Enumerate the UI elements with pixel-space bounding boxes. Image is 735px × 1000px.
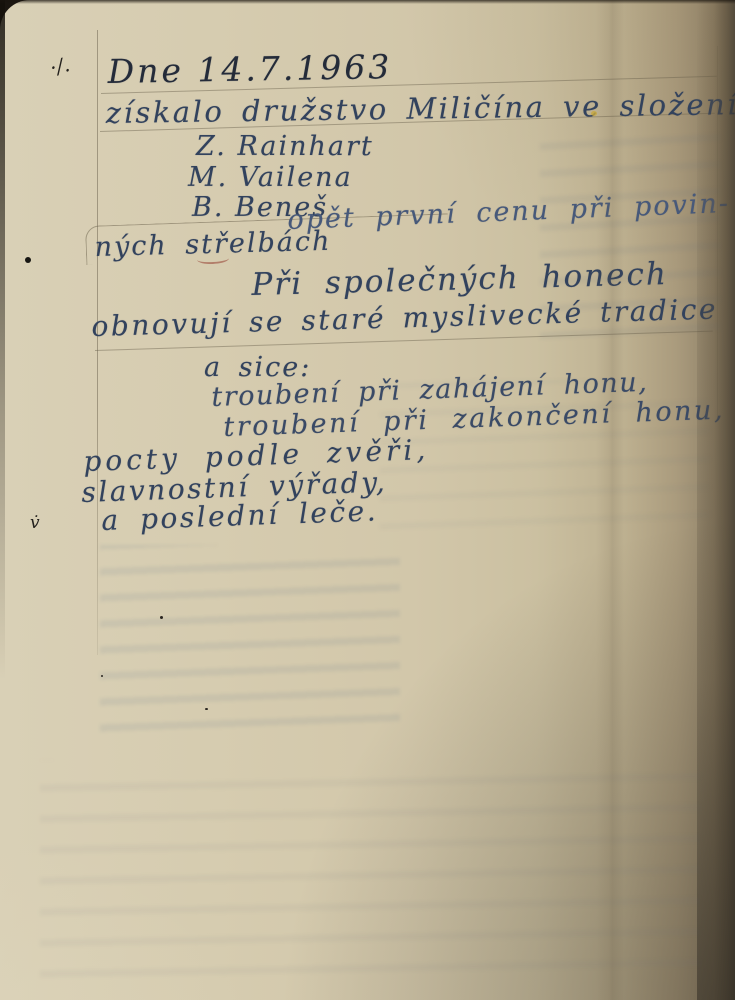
- paper-speck: [160, 616, 163, 619]
- paper-speck: [205, 708, 208, 710]
- handwriting-line: obnovují se staré myslivecké tradice: [91, 293, 718, 343]
- margin-dot: [25, 257, 31, 263]
- date-line: Dne 14.7.1963: [107, 47, 392, 91]
- handwriting-line-name: M. Vailena: [188, 162, 353, 193]
- handwriting-line-name: Z. Rainhart: [196, 131, 374, 162]
- page-right-edge: [697, 0, 735, 1000]
- handwriting-line: získalo družstvo Miličína ve složení:: [106, 87, 735, 130]
- page-fold-shadow: [596, 0, 624, 1000]
- paper-speck: [101, 675, 103, 677]
- margin-check-mark: ·/.: [47, 52, 72, 80]
- handwriting-line: ných střelbách: [94, 226, 332, 263]
- photo-frame: Dne 14.7.1963 získalo družstvo Miličína …: [0, 0, 735, 1000]
- bleed-through-smudge: [100, 545, 400, 740]
- photo-top-edge: [0, 0, 735, 4]
- notebook-page: Dne 14.7.1963 získalo družstvo Miličína …: [0, 0, 735, 1000]
- handwriting-line: opět první cenu při povin-: [287, 188, 731, 236]
- margin-v-mark: v̇: [30, 513, 40, 533]
- photo-left-edge: [0, 0, 5, 680]
